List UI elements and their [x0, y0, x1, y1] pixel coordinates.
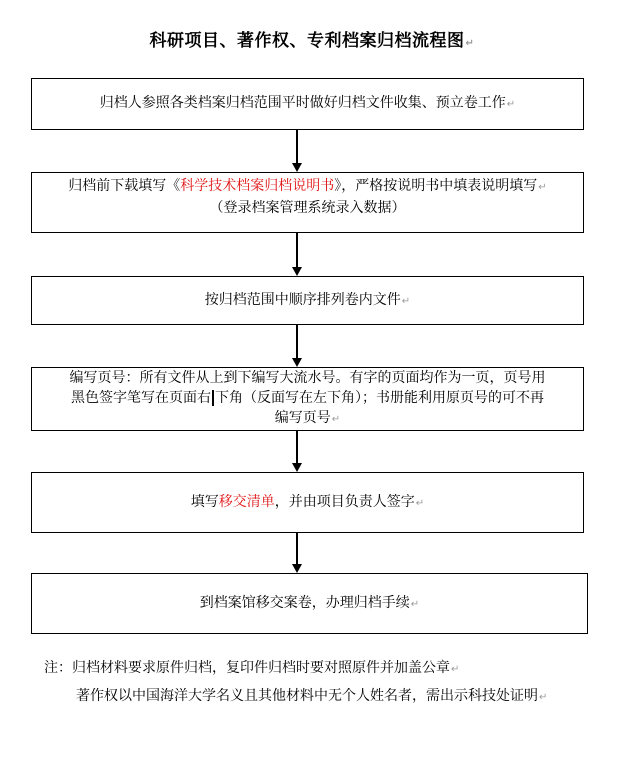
- step-4-line3: 编写页号: [275, 410, 331, 426]
- connector-line: [296, 431, 298, 463]
- paragraph-mark-icon: ↵: [538, 182, 546, 193]
- paragraph-mark-icon: ↵: [466, 38, 475, 49]
- paragraph-mark-icon: ↵: [332, 414, 340, 425]
- note-line-1: 注：归档材料要求原件归档，复印件归档时要对照原件并加盖公章↵: [44, 658, 459, 680]
- connector-line: [296, 325, 298, 358]
- step-2-highlight-link[interactable]: 科学技术档案归档说明书: [180, 178, 334, 194]
- flow-step-4: 编写页号：所有文件从上到下编写大流水号。有字的页面均作为一页，页号用 黑色签字笔…: [31, 367, 584, 431]
- step-2-line2: （登录档案管理系统录入数据）: [210, 198, 406, 219]
- flow-step-3: 按归档范围中顺序排列卷内文件↵: [31, 276, 584, 325]
- note-line-2: 著作权以中国海洋大学名义且其他材料中无个人姓名者，需出示科技处证明↵: [76, 686, 547, 708]
- step-2-suffix: 》，严格按说明书中填表说明填写: [334, 178, 537, 194]
- connector-line: [296, 533, 298, 564]
- arrow-down-icon: [292, 358, 302, 367]
- connector-line: [296, 233, 298, 267]
- step-5-suffix: ，并由项目负责人签字: [275, 494, 415, 510]
- step-2-prefix: 归档前下载填写《: [68, 178, 180, 194]
- step-5-highlight-link[interactable]: 移交清单: [219, 494, 275, 510]
- arrow-down-icon: [292, 463, 302, 472]
- arrow-down-icon: [292, 564, 302, 573]
- step-4-line2b: 下角（反面写在左下角）；书册能利用原页号的可不再: [215, 390, 544, 406]
- step-3-text: 按归档范围中顺序排列卷内文件: [205, 292, 401, 308]
- step-4-line2a: 黑色签字笔写在页面右: [71, 390, 211, 406]
- text-cursor: [212, 390, 214, 406]
- paragraph-mark-icon: ↵: [451, 664, 459, 675]
- step-6-text: 到档案馆移交案卷，办理归档手续: [200, 595, 410, 611]
- step-4-line1: 编写页号：所有文件从上到下编写大流水号。有字的页面均作为一页，页号用: [70, 368, 546, 388]
- flow-step-2: 归档前下载填写《科学技术档案归档说明书》，严格按说明书中填表说明填写↵ （登录档…: [31, 172, 584, 233]
- connector-line: [296, 130, 298, 163]
- paragraph-mark-icon: ↵: [539, 692, 547, 703]
- step-5-prefix: 填写: [191, 494, 219, 510]
- paragraph-mark-icon: ↵: [411, 599, 419, 610]
- paragraph-mark-icon: ↵: [416, 498, 424, 509]
- flow-step-1: 归档人参照各类档案归档范围平时做好归档文件收集、预立卷工作↵: [31, 78, 584, 130]
- arrow-down-icon: [292, 267, 302, 276]
- arrow-down-icon: [292, 163, 302, 172]
- page-title: 科研项目、著作权、专利档案归档流程图↵: [0, 26, 624, 51]
- flow-step-5: 填写移交清单，并由项目负责人签字↵: [31, 472, 584, 533]
- step-1-text: 归档人参照各类档案归档范围平时做好归档文件收集、预立卷工作: [100, 95, 506, 111]
- flow-step-6: 到档案馆移交案卷，办理归档手续↵: [31, 573, 588, 634]
- paragraph-mark-icon: ↵: [507, 99, 515, 110]
- paragraph-mark-icon: ↵: [402, 296, 410, 307]
